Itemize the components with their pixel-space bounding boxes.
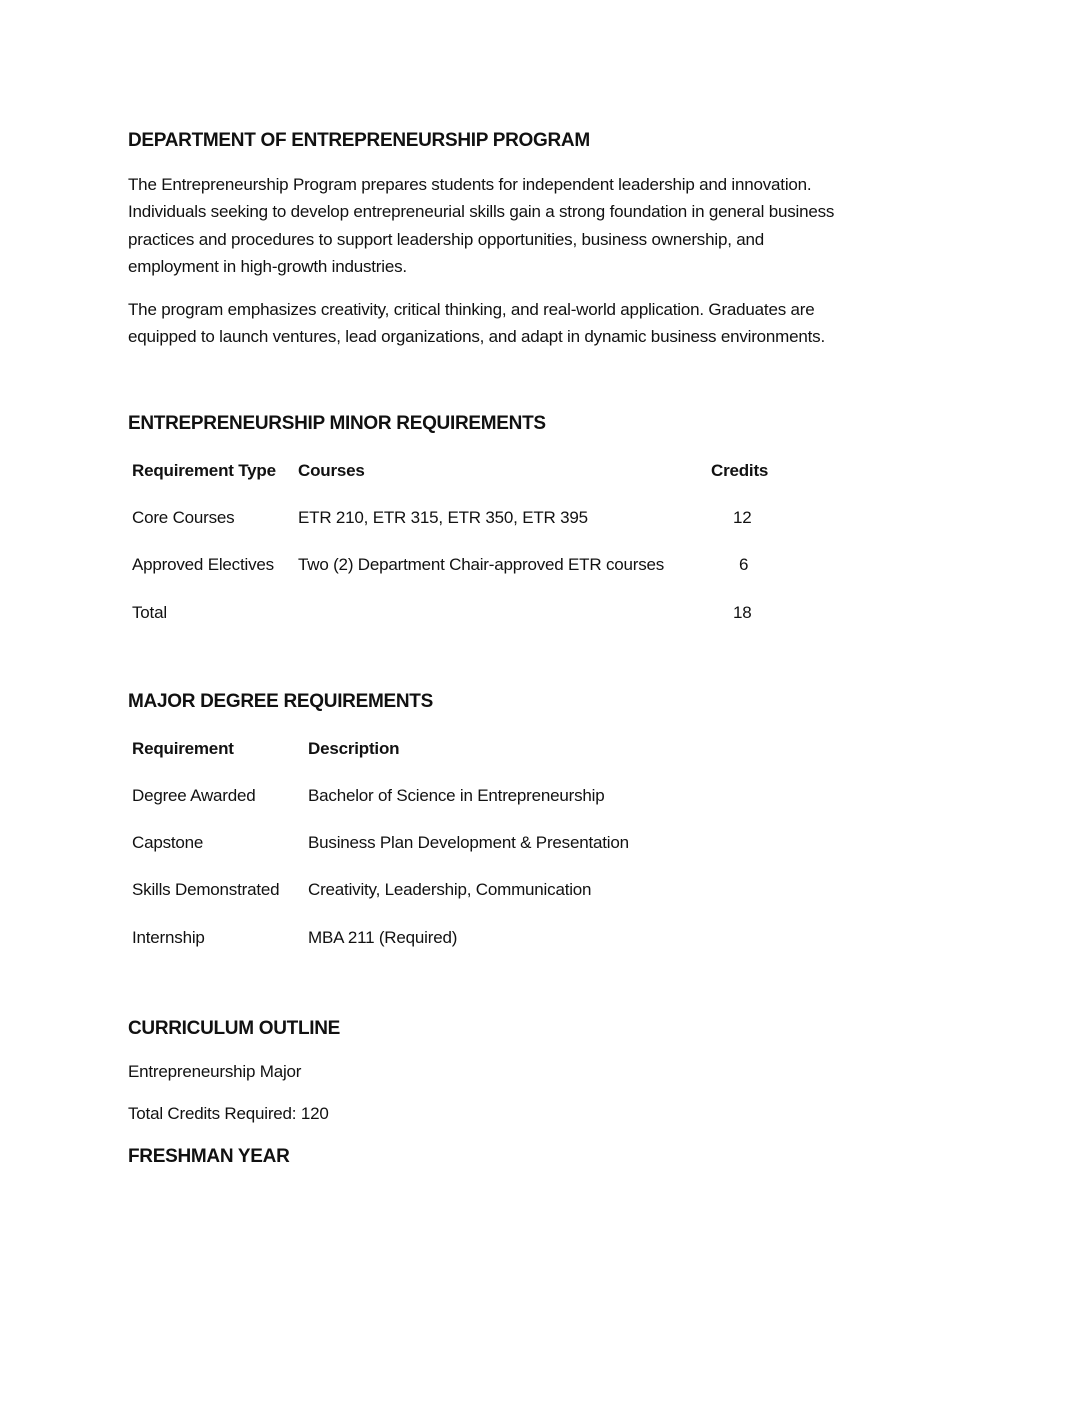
curriculum-program: Entrepreneurship Major	[128, 1062, 301, 1082]
cell-credits: 6	[739, 555, 748, 575]
cell-requirement-type: Core Courses	[132, 508, 234, 528]
department-heading: DEPARTMENT OF ENTREPRENEURSHIP PROGRAM	[128, 130, 590, 152]
cell-credits: 18	[733, 603, 752, 623]
cell-courses: Two (2) Department Chair-approved ETR co…	[298, 555, 664, 575]
cell-requirement: Degree Awarded	[132, 786, 256, 806]
header-requirement-type: Requirement Type	[132, 461, 276, 481]
cell-courses: ETR 210, ETR 315, ETR 350, ETR 395	[298, 508, 588, 528]
header-courses: Courses	[298, 461, 365, 481]
cell-credits: 12	[733, 508, 752, 528]
cell-requirement-type: Approved Electives	[132, 555, 274, 575]
paragraph-line: equipped to launch ventures, lead organi…	[128, 323, 948, 351]
major-requirements-heading: MAJOR DEGREE REQUIREMENTS	[128, 691, 433, 713]
paragraph-line: The program emphasizes creativity, criti…	[128, 296, 948, 324]
header-description: Description	[308, 739, 399, 759]
cell-description: MBA 211 (Required)	[308, 928, 457, 948]
cell-requirement: Internship	[132, 928, 205, 948]
paragraph-line: The Entrepreneurship Program prepares st…	[128, 171, 948, 199]
cell-description: Creativity, Leadership, Communication	[308, 880, 591, 900]
header-credits: Credits	[711, 461, 768, 481]
curriculum-outline-heading: CURRICULUM OUTLINE	[128, 1018, 340, 1040]
paragraph-line: practices and procedures to support lead…	[128, 226, 948, 254]
cell-description: Bachelor of Science in Entrepreneurship	[308, 786, 605, 806]
cell-requirement-type: Total	[132, 603, 167, 623]
cell-description: Business Plan Development & Presentation	[308, 833, 629, 853]
curriculum-total-credits: Total Credits Required: 120	[128, 1104, 329, 1124]
minor-requirements-heading: ENTREPRENEURSHIP MINOR REQUIREMENTS	[128, 413, 546, 435]
cell-requirement: Capstone	[132, 833, 203, 853]
header-requirement: Requirement	[132, 739, 234, 759]
cell-requirement: Skills Demonstrated	[132, 880, 279, 900]
paragraph-line: employment in high-growth industries.	[128, 253, 948, 281]
freshman-year-heading: FRESHMAN YEAR	[128, 1146, 290, 1168]
paragraph-line: Individuals seeking to develop entrepren…	[128, 198, 948, 226]
